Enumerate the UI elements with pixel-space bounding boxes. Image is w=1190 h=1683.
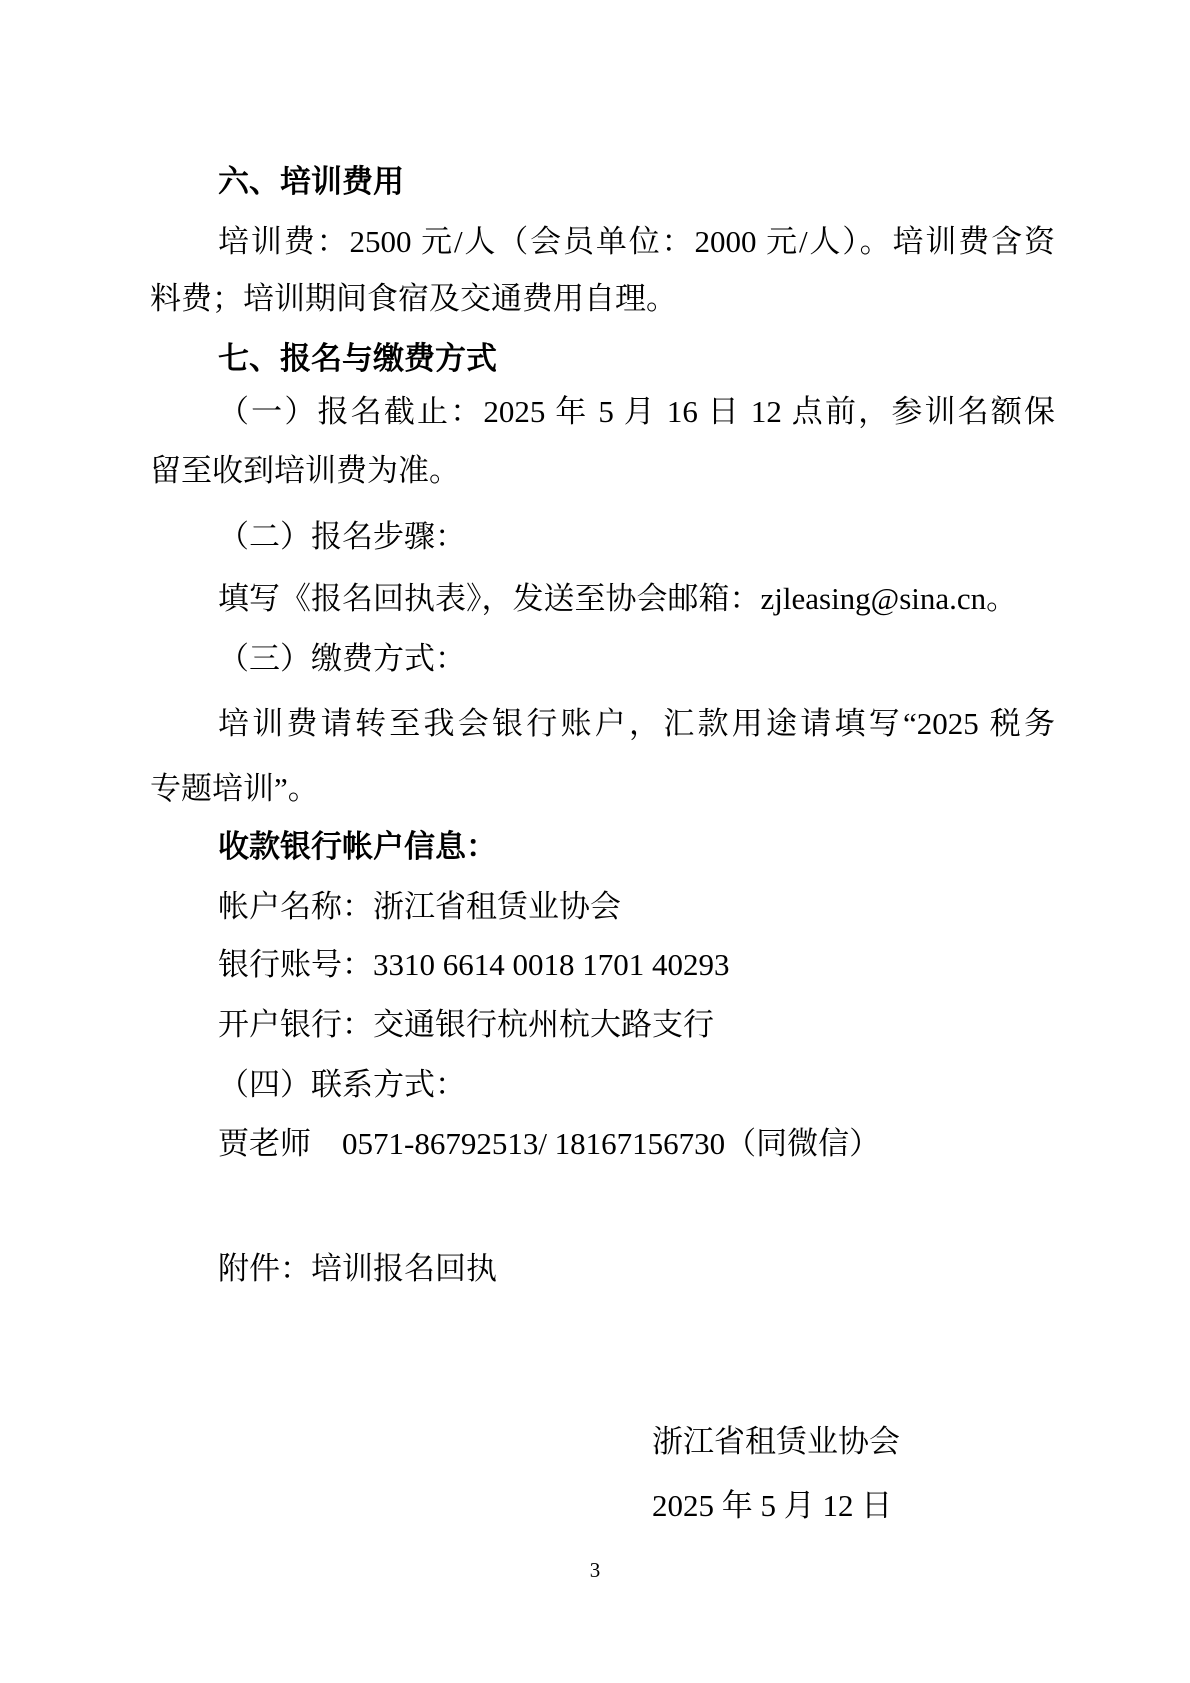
section-7-item-4-heading: （四）联系方式： [150,1066,1055,1103]
section-7-item-1-line-2: 留至收到培训费为准。 [150,452,1055,489]
page-number: 3 [0,1558,1190,1583]
signature-organization: 浙江省租赁业协会 [652,1423,1072,1460]
section-7-item-3-heading: （三）缴费方式： [150,640,1055,677]
section-7-item-2-body: 填写《报名回执表》，发送至协会邮箱：zjleasing@sina.cn。 [150,580,1055,617]
signature-date: 2025 年 5 月 12 日 [652,1487,1072,1524]
section-7-item-3-line-1: 培训费请转至我会银行账户，汇款用途请填写“2025 税务 [150,705,1055,742]
attachment-line: 附件：培训报名回执 [150,1250,1055,1287]
section-6-heading: 六、培训费用 [150,163,1055,200]
section-7-item-2-heading: （二）报名步骤： [150,518,1055,555]
bank-account-name: 帐户名称：浙江省租赁业协会 [150,888,1055,925]
contact-line: 贾老师 0571-86792513/ 18167156730（同微信） [150,1125,1055,1162]
bank-account-number: 银行账号：3310 6614 0018 1701 40293 [150,946,1055,983]
section-6-body-line-1: 培训费：2500 元/人（会员单位：2000 元/人）。培训费含资 [150,223,1055,260]
section-6-body-line-2: 料费；培训期间食宿及交通费用自理。 [150,280,1055,317]
section-7-heading: 七、报名与缴费方式 [150,340,1055,377]
document-page: 六、培训费用 培训费：2500 元/人（会员单位：2000 元/人）。培训费含资… [0,0,1190,1683]
bank-info-heading: 收款银行帐户信息： [150,828,1055,865]
section-7-item-3-line-2: 专题培训”。 [150,770,1055,807]
section-7-item-1-line-1: （一）报名截止：2025 年 5 月 16 日 12 点前，参训名额保 [150,393,1055,430]
bank-branch-name: 开户银行：交通银行杭州杭大路支行 [150,1006,1055,1043]
